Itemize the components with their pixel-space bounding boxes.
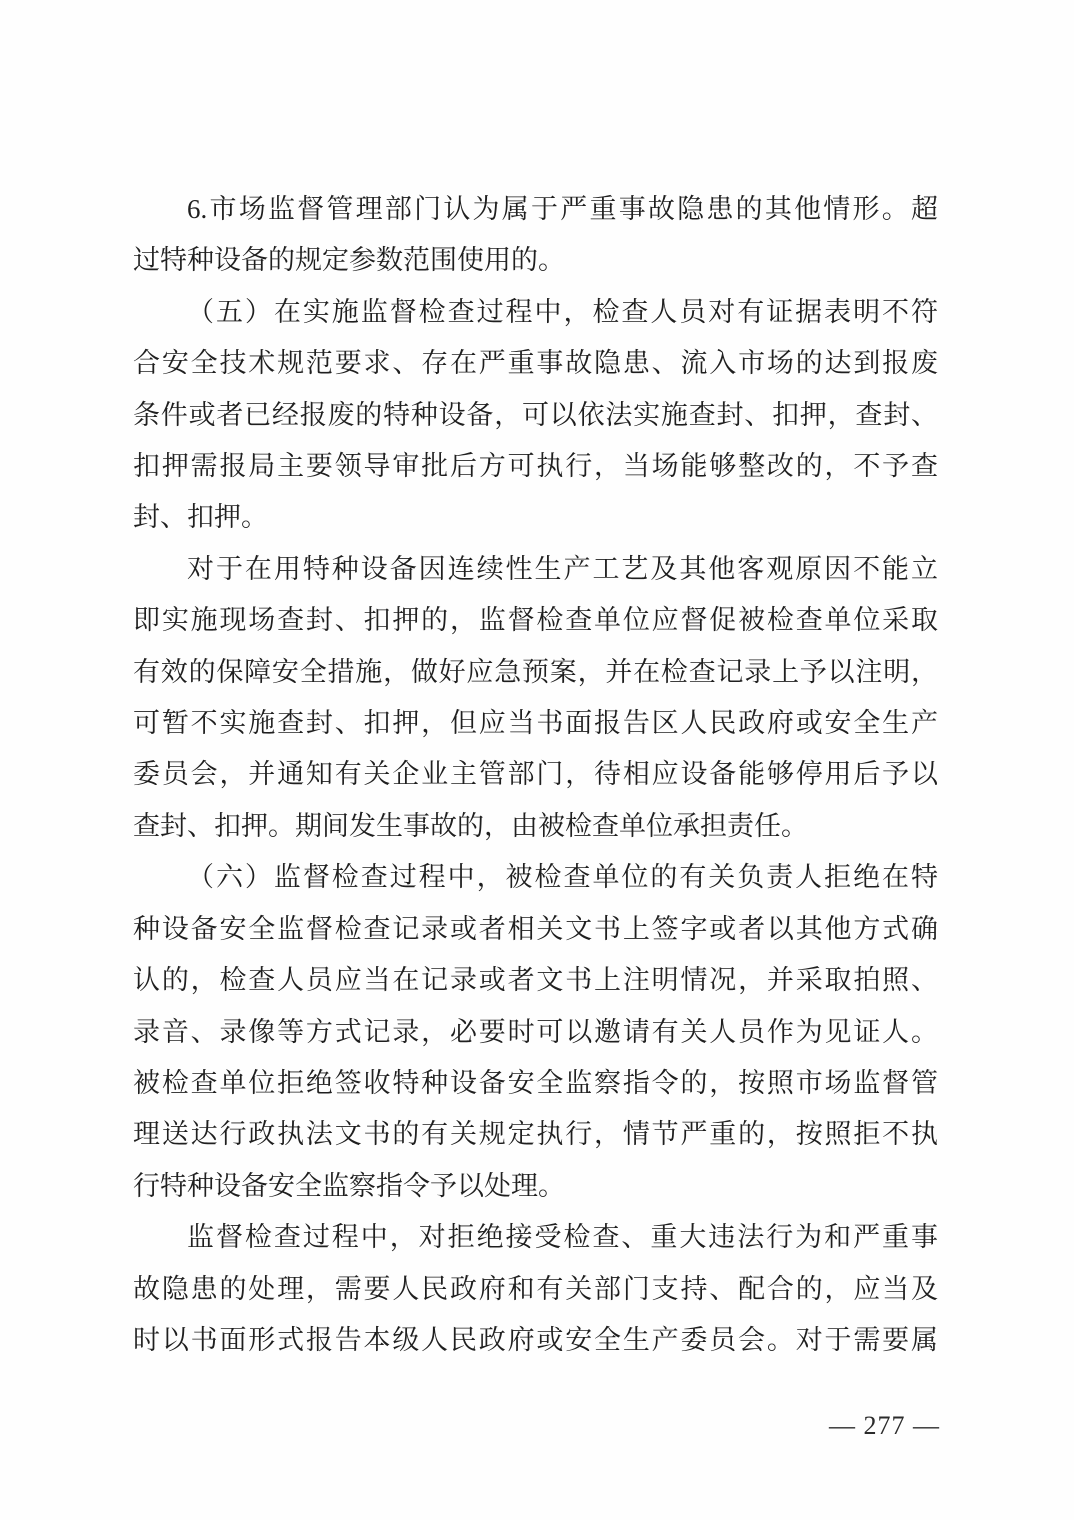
text-line: 合安全技术规范要求、存在严重事故隐患、流入市场的达到报废 [133, 338, 938, 389]
page-footer: — 277 — [829, 1410, 940, 1442]
text-line: 即实施现场查封、扣押的，监督检查单位应督促被检查单位采取 [133, 595, 938, 646]
document-page: 6.市场监督管理部门认为属于严重事故隐患的其他情形。超过特种设备的规定参数范围使… [0, 0, 1074, 1520]
text-line: 监督检查过程中，对拒绝接受检查、重大违法行为和严重事 [133, 1212, 938, 1263]
text-line: 有效的保障安全措施，做好应急预案，并在检查记录上予以注明， [133, 647, 938, 698]
paragraph: （五）在实施监督检查过程中，检查人员对有证据表明不符合安全技术规范要求、存在严重… [133, 287, 938, 544]
text-line: 录音、录像等方式记录，必要时可以邀请有关人员作为见证人。 [133, 1007, 938, 1058]
text-line: 对于在用特种设备因连续性生产工艺及其他客观原因不能立 [133, 544, 938, 595]
text-line: 被检查单位拒绝签收特种设备安全监察指令的，按照市场监督管 [133, 1058, 938, 1109]
paragraph: 监督检查过程中，对拒绝接受检查、重大违法行为和严重事故隐患的处理，需要人民政府和… [133, 1212, 938, 1366]
text-line: 委员会，并通知有关企业主管部门，待相应设备能够停用后予以 [133, 749, 938, 800]
page-number: — 277 — [829, 1411, 940, 1440]
text-line: 可暂不实施查封、扣押，但应当书面报告区人民政府或安全生产 [133, 698, 938, 749]
document-body: 6.市场监督管理部门认为属于严重事故隐患的其他情形。超过特种设备的规定参数范围使… [133, 184, 938, 1366]
text-line: 条件或者已经报废的特种设备，可以依法实施查封、扣押，查封、 [133, 390, 938, 441]
text-line: 过特种设备的规定参数范围使用的。 [133, 235, 938, 286]
text-line: 封、扣押。 [133, 492, 938, 543]
text-line: 6.市场监督管理部门认为属于严重事故隐患的其他情形。超 [133, 184, 938, 235]
text-line: （六）监督检查过程中，被检查单位的有关负责人拒绝在特 [133, 852, 938, 903]
text-line: 种设备安全监督检查记录或者相关文书上签字或者以其他方式确 [133, 904, 938, 955]
paragraph: 对于在用特种设备因连续性生产工艺及其他客观原因不能立即实施现场查封、扣押的，监督… [133, 544, 938, 852]
paragraph: （六）监督检查过程中，被检查单位的有关负责人拒绝在特种设备安全监督检查记录或者相… [133, 852, 938, 1212]
text-line: 扣押需报局主要领导审批后方可执行，当场能够整改的，不予查 [133, 441, 938, 492]
text-line: 认的，检查人员应当在记录或者文书上注明情况，并采取拍照、 [133, 955, 938, 1006]
text-line: 查封、扣押。期间发生事故的，由被检查单位承担责任。 [133, 801, 938, 852]
text-line: 行特种设备安全监察指令予以处理。 [133, 1161, 938, 1212]
text-line: （五）在实施监督检查过程中，检查人员对有证据表明不符 [133, 287, 938, 338]
paragraph: 6.市场监督管理部门认为属于严重事故隐患的其他情形。超过特种设备的规定参数范围使… [133, 184, 938, 287]
text-line: 故隐患的处理，需要人民政府和有关部门支持、配合的，应当及 [133, 1264, 938, 1315]
text-line: 理送达行政执法文书的有关规定执行，情节严重的，按照拒不执 [133, 1109, 938, 1160]
text-line: 时以书面形式报告本级人民政府或安全生产委员会。对于需要属 [133, 1315, 938, 1366]
